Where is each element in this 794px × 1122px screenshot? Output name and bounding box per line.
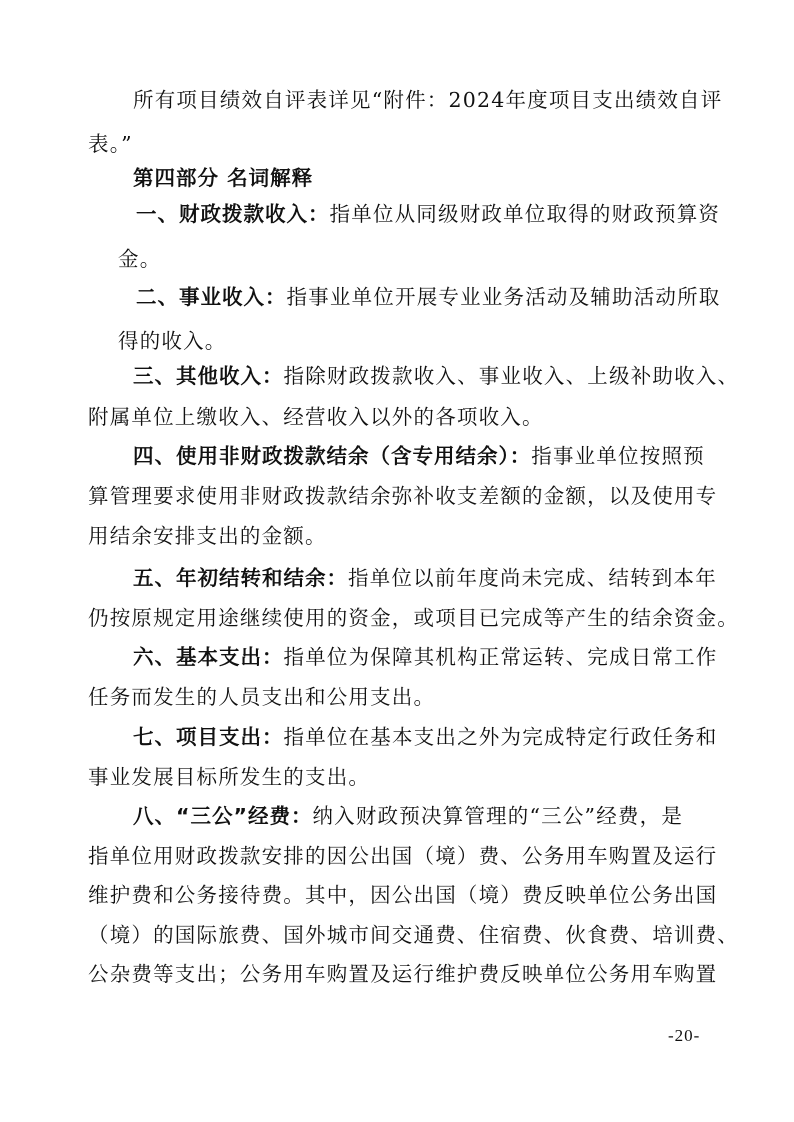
term-3-label: 三、其他收入：	[133, 364, 284, 388]
term-8-line-5: 公杂费等支出；公务用车购置及运行维护费反映单位公务用车购置	[88, 960, 717, 988]
term-5-line-2: 仍按原规定用途继续使用的资金，或项目已完成等产生的结余资金。	[88, 604, 739, 632]
term-5-label: 五、年初结转和结余：	[133, 566, 348, 590]
page-number: -20-	[668, 1026, 700, 1046]
term-8-label: 八、“三公”经费：	[133, 804, 312, 828]
term-8: 八、“三公”经费：纳入财政预决算管理的“三公”经费，是	[133, 802, 683, 830]
term-8-line-2: 指单位用财政拨款安排的因公出国（境）费、公务用车购置及运行	[88, 842, 717, 870]
term-3-line-2: 附属单位上缴收入、经营收入以外的各项收入。	[88, 403, 544, 431]
term-6-line-2: 任务而发生的人员支出和公用支出。	[88, 683, 435, 711]
term-4-line-2: 算管理要求使用非财政拨款结余弥补收支差额的金额，以及使用专	[88, 482, 717, 510]
term-4-line-3: 用结余安排支出的金额。	[88, 522, 327, 550]
term-1: 一、财政拨款收入：指单位从同级财政单位取得的财政预算资	[136, 200, 720, 228]
term-1-label: 一、财政拨款收入：	[136, 202, 330, 226]
term-2: 二、事业收入：指事业单位开展专业业务活动及辅助活动所取	[136, 283, 721, 311]
section-title: 第四部分 名词解释	[133, 164, 313, 192]
term-4-label: 四、使用非财政拨款结余（含专用结余）：	[133, 444, 531, 468]
term-2-label: 二、事业收入：	[136, 285, 287, 309]
term-6-label: 六、基本支出：	[133, 645, 284, 669]
term-1-line-2: 金。	[118, 245, 161, 273]
intro-line-2: 表。”	[88, 130, 133, 158]
term-4: 四、使用非财政拨款结余（含专用结余）：指事业单位按照预	[133, 442, 705, 470]
term-3: 三、其他收入：指除财政拨款收入、事业收入、上级补助收入、	[133, 362, 739, 390]
term-7-line-2: 事业发展目标所发生的支出。	[88, 763, 370, 791]
term-5: 五、年初结转和结余：指单位以前年度尚未完成、结转到本年	[133, 564, 717, 592]
term-7-label: 七、项目支出：	[133, 725, 284, 749]
intro-line-1: 所有项目绩效自评表详见“附件：2024年度项目支出绩效自评	[133, 86, 722, 114]
term-7: 七、项目支出：指单位在基本支出之外为完成特定行政任务和	[133, 723, 718, 751]
term-8-line-4: （境）的国际旅费、国外城市间交通费、住宿费、伙食费、培训费、	[88, 921, 739, 949]
term-2-line-2: 得的收入。	[118, 327, 227, 355]
term-6: 六、基本支出：指单位为保障其机构正常运转、完成日常工作	[133, 643, 718, 671]
term-8-line-3: 维护费和公务接待费。其中，因公出国（境）费反映单位公务出国	[88, 881, 717, 909]
